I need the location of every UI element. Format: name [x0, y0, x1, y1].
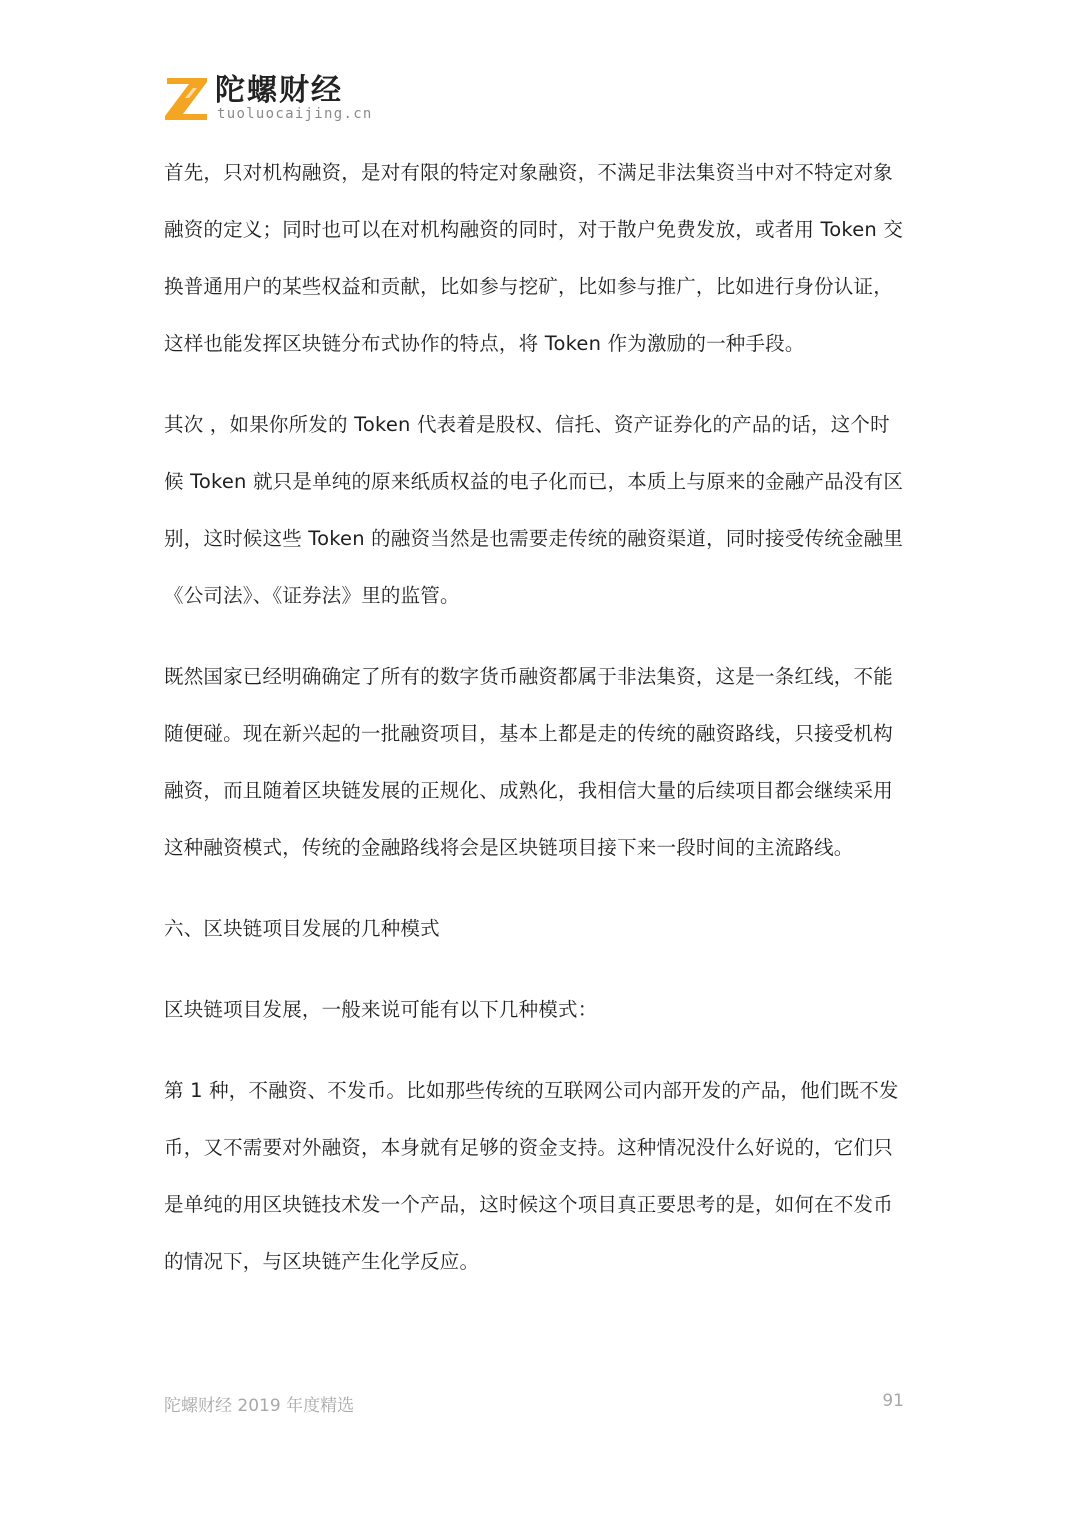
text-line: 随便碰。现在新兴起的一批融资项目，基本上都是走的传统的融资路线，只接受机构 [164, 705, 916, 762]
footer-publication: 陀螺财经 2019 年度精选 [164, 1391, 354, 1416]
brand-logo: 陀螺财经 tuoluocaijing.cn [163, 74, 363, 124]
paragraph-red-line: 既然国家已经明确确定了所有的数字货币融资都属于非法集资，这是一条红线，不能 随便… [164, 648, 916, 876]
text-line: 换普通用户的某些权益和贡献，比如参与挖矿，比如参与推广，比如进行身份认证， [164, 258, 916, 315]
text-line: 区块链项目发展，一般来说可能有以下几种模式： [164, 981, 916, 1038]
text-line: 这样也能发挥区块链分布式协作的特点，将 Token 作为激励的一种手段。 [164, 315, 916, 372]
page-number: 91 [882, 1391, 904, 1411]
text-line: 融资，而且随着区块链发展的正规化、成熟化，我相信大量的后续项目都会继续采用 [164, 762, 916, 819]
heading-text: 六、区块链项目发展的几种模式 [164, 900, 916, 957]
text-line: 别，这时候这些 Token 的融资当然是也需要走传统的融资渠道，同时接受传统金融… [164, 510, 916, 567]
text-line: 融资的定义；同时也可以在对机构融资的同时，对于散户免费发放，或者用 Token … [164, 201, 916, 258]
text-line: 候 Token 就只是单纯的原来纸质权益的电子化而已，本质上与原来的金融产品没有… [164, 453, 916, 510]
text-line: 的情况下，与区块链产生化学反应。 [164, 1233, 916, 1290]
paragraph-mode-one: 第 1 种，不融资、不发币。比如那些传统的互联网公司内部开发的产品，他们既不发 … [164, 1062, 916, 1290]
section-heading: 六、区块链项目发展的几种模式 [164, 900, 916, 957]
text-line: 既然国家已经明确确定了所有的数字货币融资都属于非法集资，这是一条红线，不能 [164, 648, 916, 705]
text-line: 其次 ，如果你所发的 Token 代表着是股权、信托、资产证券化的产品的话，这个… [164, 396, 916, 453]
text-line: 这种融资模式，传统的金融路线将会是区块链项目接下来一段时间的主流路线。 [164, 819, 916, 876]
text-line: 《公司法》、《证券法》里的监管。 [164, 567, 916, 624]
text-line: 第 1 种，不融资、不发币。比如那些传统的互联网公司内部开发的产品，他们既不发 [164, 1062, 916, 1119]
logo-chinese-name: 陀螺财经 [215, 74, 343, 108]
logo-z-icon [163, 76, 209, 120]
logo-domain: tuoluocaijing.cn [217, 106, 373, 122]
text-line: 是单纯的用区块链技术发一个产品，这时候这个项目真正要思考的是，如何在不发币 [164, 1176, 916, 1233]
text-line: 首先，只对机构融资，是对有限的特定对象融资，不满足非法集资当中对不特定对象 [164, 144, 916, 201]
text-line: 币，又不需要对外融资，本身就有足够的资金支持。这种情况没什么好说的，它们只 [164, 1119, 916, 1176]
paragraph-institutional-financing: 首先，只对机构融资，是对有限的特定对象融资，不满足非法集资当中对不特定对象 融资… [164, 144, 916, 372]
paragraph-intro-modes: 区块链项目发展，一般来说可能有以下几种模式： [164, 981, 916, 1038]
document-body: 首先，只对机构融资，是对有限的特定对象融资，不满足非法集资当中对不特定对象 融资… [164, 144, 916, 1314]
paragraph-securities-token: 其次 ，如果你所发的 Token 代表着是股权、信托、资产证券化的产品的话，这个… [164, 396, 916, 624]
